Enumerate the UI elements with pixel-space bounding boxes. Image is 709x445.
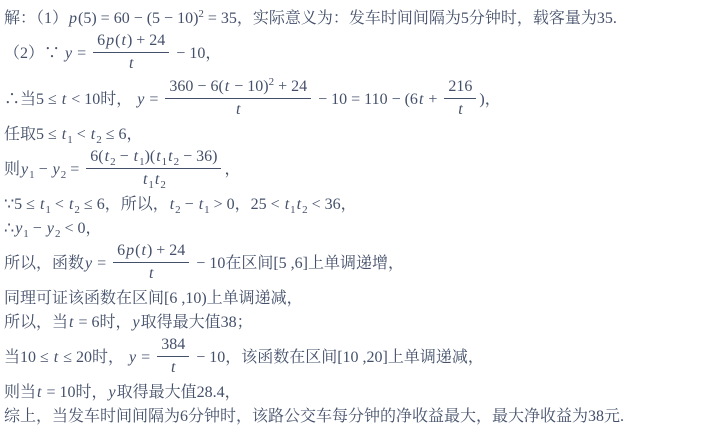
fraction-numerator: 6p(t) + 24 bbox=[93, 31, 169, 53]
text-run: < bbox=[73, 126, 90, 143]
solution-line: 同理可证该函数在区间[6 ,10)上单调递减， bbox=[4, 287, 705, 311]
text-run: − 10 = 110 − (6 bbox=[314, 91, 418, 108]
text-run: 取得最大值28.4， bbox=[117, 384, 241, 401]
text-run: = bbox=[137, 349, 154, 366]
text-run: > 0，25 < bbox=[210, 196, 284, 213]
fraction-denominator: t1t2 bbox=[86, 169, 221, 190]
text-run: ≤ 6， bbox=[102, 126, 143, 143]
fraction: 216t bbox=[444, 77, 476, 120]
solution-line: 任取5 ≤ t1 < t2 ≤ 6， bbox=[4, 123, 705, 147]
text-run: − bbox=[181, 196, 198, 213]
fraction: 6(t2 − t1)(t1t2 − 36)t1t2 bbox=[86, 147, 221, 190]
fraction-denominator: t bbox=[157, 357, 189, 378]
subscript: 1 bbox=[290, 204, 296, 216]
text-run: = 10时， bbox=[42, 384, 107, 401]
fraction-denominator: t bbox=[165, 99, 311, 120]
text-run: < 0， bbox=[60, 220, 101, 237]
fraction-denominator: t bbox=[113, 263, 189, 284]
text-run: − bbox=[29, 220, 46, 237]
text-run: < 36， bbox=[308, 196, 357, 213]
math-variable: y bbox=[52, 161, 61, 178]
text-run: < 10时， bbox=[67, 91, 136, 108]
fraction-numerator: 360 − 6(t − 10)2 + 24 bbox=[165, 77, 311, 99]
math-variable: t bbox=[170, 359, 176, 376]
fraction-numerator: 6p(t) + 24 bbox=[113, 241, 189, 263]
text-run: （2）∵ bbox=[4, 45, 64, 62]
text-run: − bbox=[116, 148, 133, 165]
text-run: + bbox=[424, 91, 441, 108]
text-run: 384 bbox=[161, 336, 185, 353]
text-run: = bbox=[73, 45, 90, 62]
text-run: = 35，实际意义为：发车时间间隔为5分钟时，载客量为35. bbox=[204, 10, 617, 27]
text-run: − 10，该函数在区间[10 ,20]上单调递减， bbox=[192, 349, 484, 366]
solution-line: ∴当5 ≤ t < 10时， y = 360 − 6(t − 10)2 + 24… bbox=[4, 77, 705, 123]
fraction-numerator: 6(t2 − t1)(t1t2 − 36) bbox=[86, 147, 221, 169]
fraction-numerator: 384 bbox=[157, 335, 189, 357]
text-run: ) + 24 bbox=[127, 32, 165, 49]
solution-line: （2）∵ y = 6p(t) + 24t − 10， bbox=[4, 31, 705, 77]
text-run: 6( bbox=[90, 148, 103, 165]
text-run: 则 bbox=[4, 161, 20, 178]
text-run: 216 bbox=[448, 78, 472, 95]
text-run: ， bbox=[224, 161, 240, 178]
text-run: 6 bbox=[97, 32, 105, 49]
solution-line: 则y1 − y2 = 6(t2 − t1)(t1t2 − 36)t1t2， bbox=[4, 147, 705, 193]
math-variable: y bbox=[64, 45, 73, 62]
solution-line: ∴y1 − y2 < 0， bbox=[4, 217, 705, 241]
solution-line: 当10 ≤ t ≤ 20时， y = 384t − 10，该函数在区间[10 ,… bbox=[4, 335, 705, 381]
subscript: 2 bbox=[160, 179, 166, 191]
math-variable: t bbox=[457, 101, 463, 118]
text-run: ≤ 6，所以， bbox=[80, 196, 169, 213]
solution-line: 所以，函数y = 6p(t) + 24t − 10在区间[5 ,6]上单调递增， bbox=[4, 241, 705, 287]
text-run: ≤ 20时， bbox=[59, 349, 128, 366]
text-run: 同理可证该函数在区间[6 ,10)上单调递减， bbox=[4, 290, 303, 307]
text-run: 6 bbox=[117, 242, 125, 259]
math-variable: y bbox=[46, 220, 55, 237]
solution-document: 解：（1）p(5) = 60 − (5 − 10)2 = 35，实际意义为：发车… bbox=[0, 0, 709, 445]
solution-line: 所以，当t = 6时，y取得最大值38； bbox=[4, 311, 705, 335]
text-run: 综上，当发车时间间隔为6分钟时，该路公交车每分钟的净收益最大，最大净收益为38元… bbox=[4, 408, 624, 425]
fraction: 6p(t) + 24t bbox=[113, 241, 189, 284]
math-variable: y bbox=[108, 384, 117, 401]
text-run: + 24 bbox=[274, 78, 307, 95]
text-run: − bbox=[35, 161, 52, 178]
fraction-denominator: t bbox=[444, 99, 476, 120]
text-run: 任取5 ≤ bbox=[4, 126, 61, 143]
text-run: (5) = 60 − (5 − 10) bbox=[78, 10, 198, 27]
math-variable: p bbox=[68, 10, 78, 27]
solution-line: 综上，当发车时间间隔为6分钟时，该路公交车每分钟的净收益最大，最大净收益为38元… bbox=[4, 405, 705, 429]
text-run: )， bbox=[479, 91, 500, 108]
fraction: 6p(t) + 24t bbox=[93, 31, 169, 74]
text-run: − 36) bbox=[179, 148, 217, 165]
text-run: 当10 ≤ bbox=[4, 349, 53, 366]
solution-line: 则当t = 10时，y取得最大值28.4， bbox=[4, 381, 705, 405]
solution-line: 解：（1）p(5) = 60 − (5 − 10)2 = 35，实际意义为：发车… bbox=[4, 7, 705, 31]
math-variable: y bbox=[84, 255, 93, 272]
solution-line: ∵5 ≤ t1 < t2 ≤ 6，所以，t2 − t1 > 0，25 < t1t… bbox=[4, 193, 705, 217]
text-run: − 10在区间[5 ,6]上单调递增， bbox=[192, 255, 404, 272]
text-run: = bbox=[145, 91, 162, 108]
text-run: = bbox=[66, 161, 83, 178]
text-run: 所以，函数 bbox=[4, 255, 84, 272]
math-variable: t bbox=[235, 101, 241, 118]
math-variable: t bbox=[148, 265, 154, 282]
text-run: ∴当5 ≤ bbox=[4, 91, 61, 108]
text-run: 360 − 6( bbox=[169, 78, 223, 95]
text-run: )( bbox=[145, 148, 156, 165]
fraction: 384t bbox=[157, 335, 189, 378]
text-run: 解：（1） bbox=[4, 10, 68, 27]
fraction-denominator: t bbox=[93, 53, 169, 74]
math-variable: y bbox=[14, 220, 23, 237]
text-run: − 10， bbox=[172, 45, 221, 62]
text-run: 所以，当 bbox=[4, 314, 68, 331]
fraction: 360 − 6(t − 10)2 + 24t bbox=[165, 77, 311, 120]
fraction-numerator: 216 bbox=[444, 77, 476, 99]
text-run: = bbox=[93, 255, 110, 272]
text-run: 取得最大值38； bbox=[141, 314, 253, 331]
text-run: ) + 24 bbox=[147, 242, 185, 259]
math-variable: y bbox=[128, 349, 137, 366]
math-variable: y bbox=[20, 161, 29, 178]
text-run: 则当 bbox=[4, 384, 36, 401]
text-run: = 6时， bbox=[74, 314, 131, 331]
text-run: ∵5 ≤ bbox=[4, 196, 39, 213]
math-variable: t bbox=[128, 55, 134, 72]
math-variable: p bbox=[105, 32, 115, 49]
math-variable: y bbox=[132, 314, 141, 331]
text-run: ∴ bbox=[4, 220, 14, 237]
text-run: − 10) bbox=[230, 78, 268, 95]
text-run: < bbox=[51, 196, 68, 213]
math-variable: p bbox=[125, 242, 135, 259]
